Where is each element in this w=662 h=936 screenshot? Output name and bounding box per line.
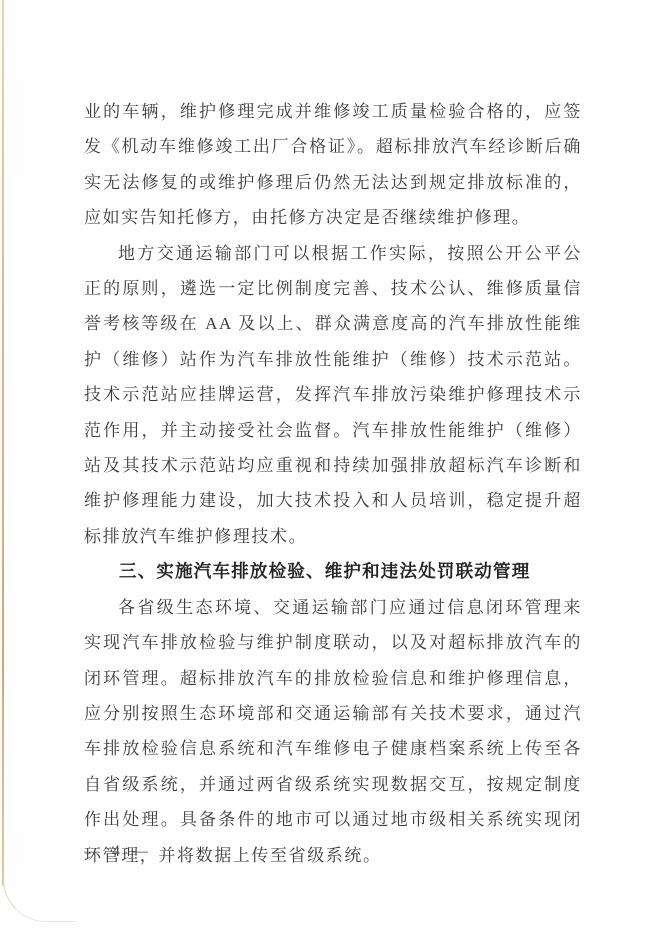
- page-body-text: 业的车辆，维护修理完成并维修竣工质量检验合格的，应签发《机动车维修竣工出厂合格证…: [84, 94, 582, 873]
- paragraph-continuation: 业的车辆，维护修理完成并维修竣工质量检验合格的，应签发《机动车维修竣工出厂合格证…: [84, 94, 582, 236]
- paragraph-demo-stations: 地方交通运输部门可以根据工作实际，按照公开公平公正的原则，遴选一定比例制度完善、…: [84, 236, 582, 555]
- document-page: 业的车辆，维护修理完成并维修竣工质量检验合格的，应签发《机动车维修竣工出厂合格证…: [0, 0, 662, 936]
- section-heading: 三、实施汽车排放检验、维护和违法处罚联动管理: [84, 554, 582, 589]
- paragraph-linkage-management: 各省级生态环境、交通运输部门应通过信息闭环管理来实现汽车排放检验与维护制度联动，…: [84, 590, 582, 873]
- page-number: — 4 —: [84, 840, 152, 864]
- page-corner-curl: [3, 879, 76, 922]
- scanned-page-edge: [2, 0, 4, 886]
